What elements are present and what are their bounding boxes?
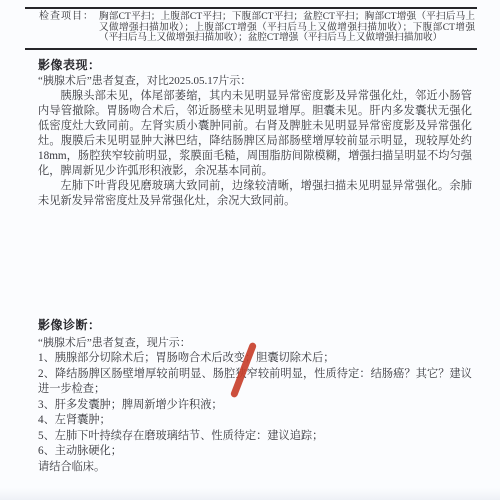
findings-heading: 影像表现： [38,58,472,72]
ct-report-page: 检查项目： 胸部CT平扫；上腹部CT平扫；下腹部CT平扫；盆腔CT平扫；胸部CT… [0,0,500,500]
diagnosis-item: 5、左肺下叶持续存在磨玻璃结节、性质待定：建议追踪； [38,429,472,445]
exam-items-content: 胸部CT平扫；上腹部CT平扫；下腹部CT平扫；盆腔CT平扫；胸部CT增强（平扫后… [99,12,477,44]
exam-items-label: 检查项目： [25,12,99,23]
exam-items-block: 检查项目： 胸部CT平扫；上腹部CT平扫；下腹部CT平扫；盆腔CT平扫；胸部CT… [25,7,477,50]
diagnosis-section: 影像诊断： “胰腺术后”患者复查，现片示： 1、胰腺部分切除术后；胃肠吻合术后改… [38,318,472,475]
diagnosis-item: 6、主动脉硬化； [38,444,472,460]
page-bottom-edge [0,488,500,500]
diagnosis-item: 3、肝多发囊肿；脾周新增少许积液； [38,398,472,414]
diagnosis-item: 1、胰腺部分切除术后；胃肠吻合术后改变；胆囊切除术后； [38,351,472,367]
diagnosis-intro: “胰腺术后”患者复查，现片示： [38,335,472,351]
diagnosis-closing: 请结合临床。 [38,460,472,476]
findings-paragraph: 左肺下叶背段见磨玻璃大致同前，边缘较清晰，增强扫描未见明显异常强化。余肺未见新发… [38,179,472,209]
findings-paragraph: 胰腺头部未见，体尾部萎缩，其内未见明显异常密度影及异常强化灶，邻近小肠管内导管撤… [38,89,472,179]
findings-intro: “胰腺术后”患者复查，对比2025.05.17片示： [38,74,472,89]
diagnosis-item: 4、左肾囊肿； [38,413,472,429]
diagnosis-heading: 影像诊断： [38,318,472,332]
findings-section: 影像表现： “胰腺术后”患者复查，对比2025.05.17片示： 胰腺头部未见，… [38,58,472,209]
diagnosis-item: 2、降结肠脾区肠壁增厚较前明显、肠腔狭窄较前明显，性质待定：结肠癌？其它？建议进… [38,367,472,398]
